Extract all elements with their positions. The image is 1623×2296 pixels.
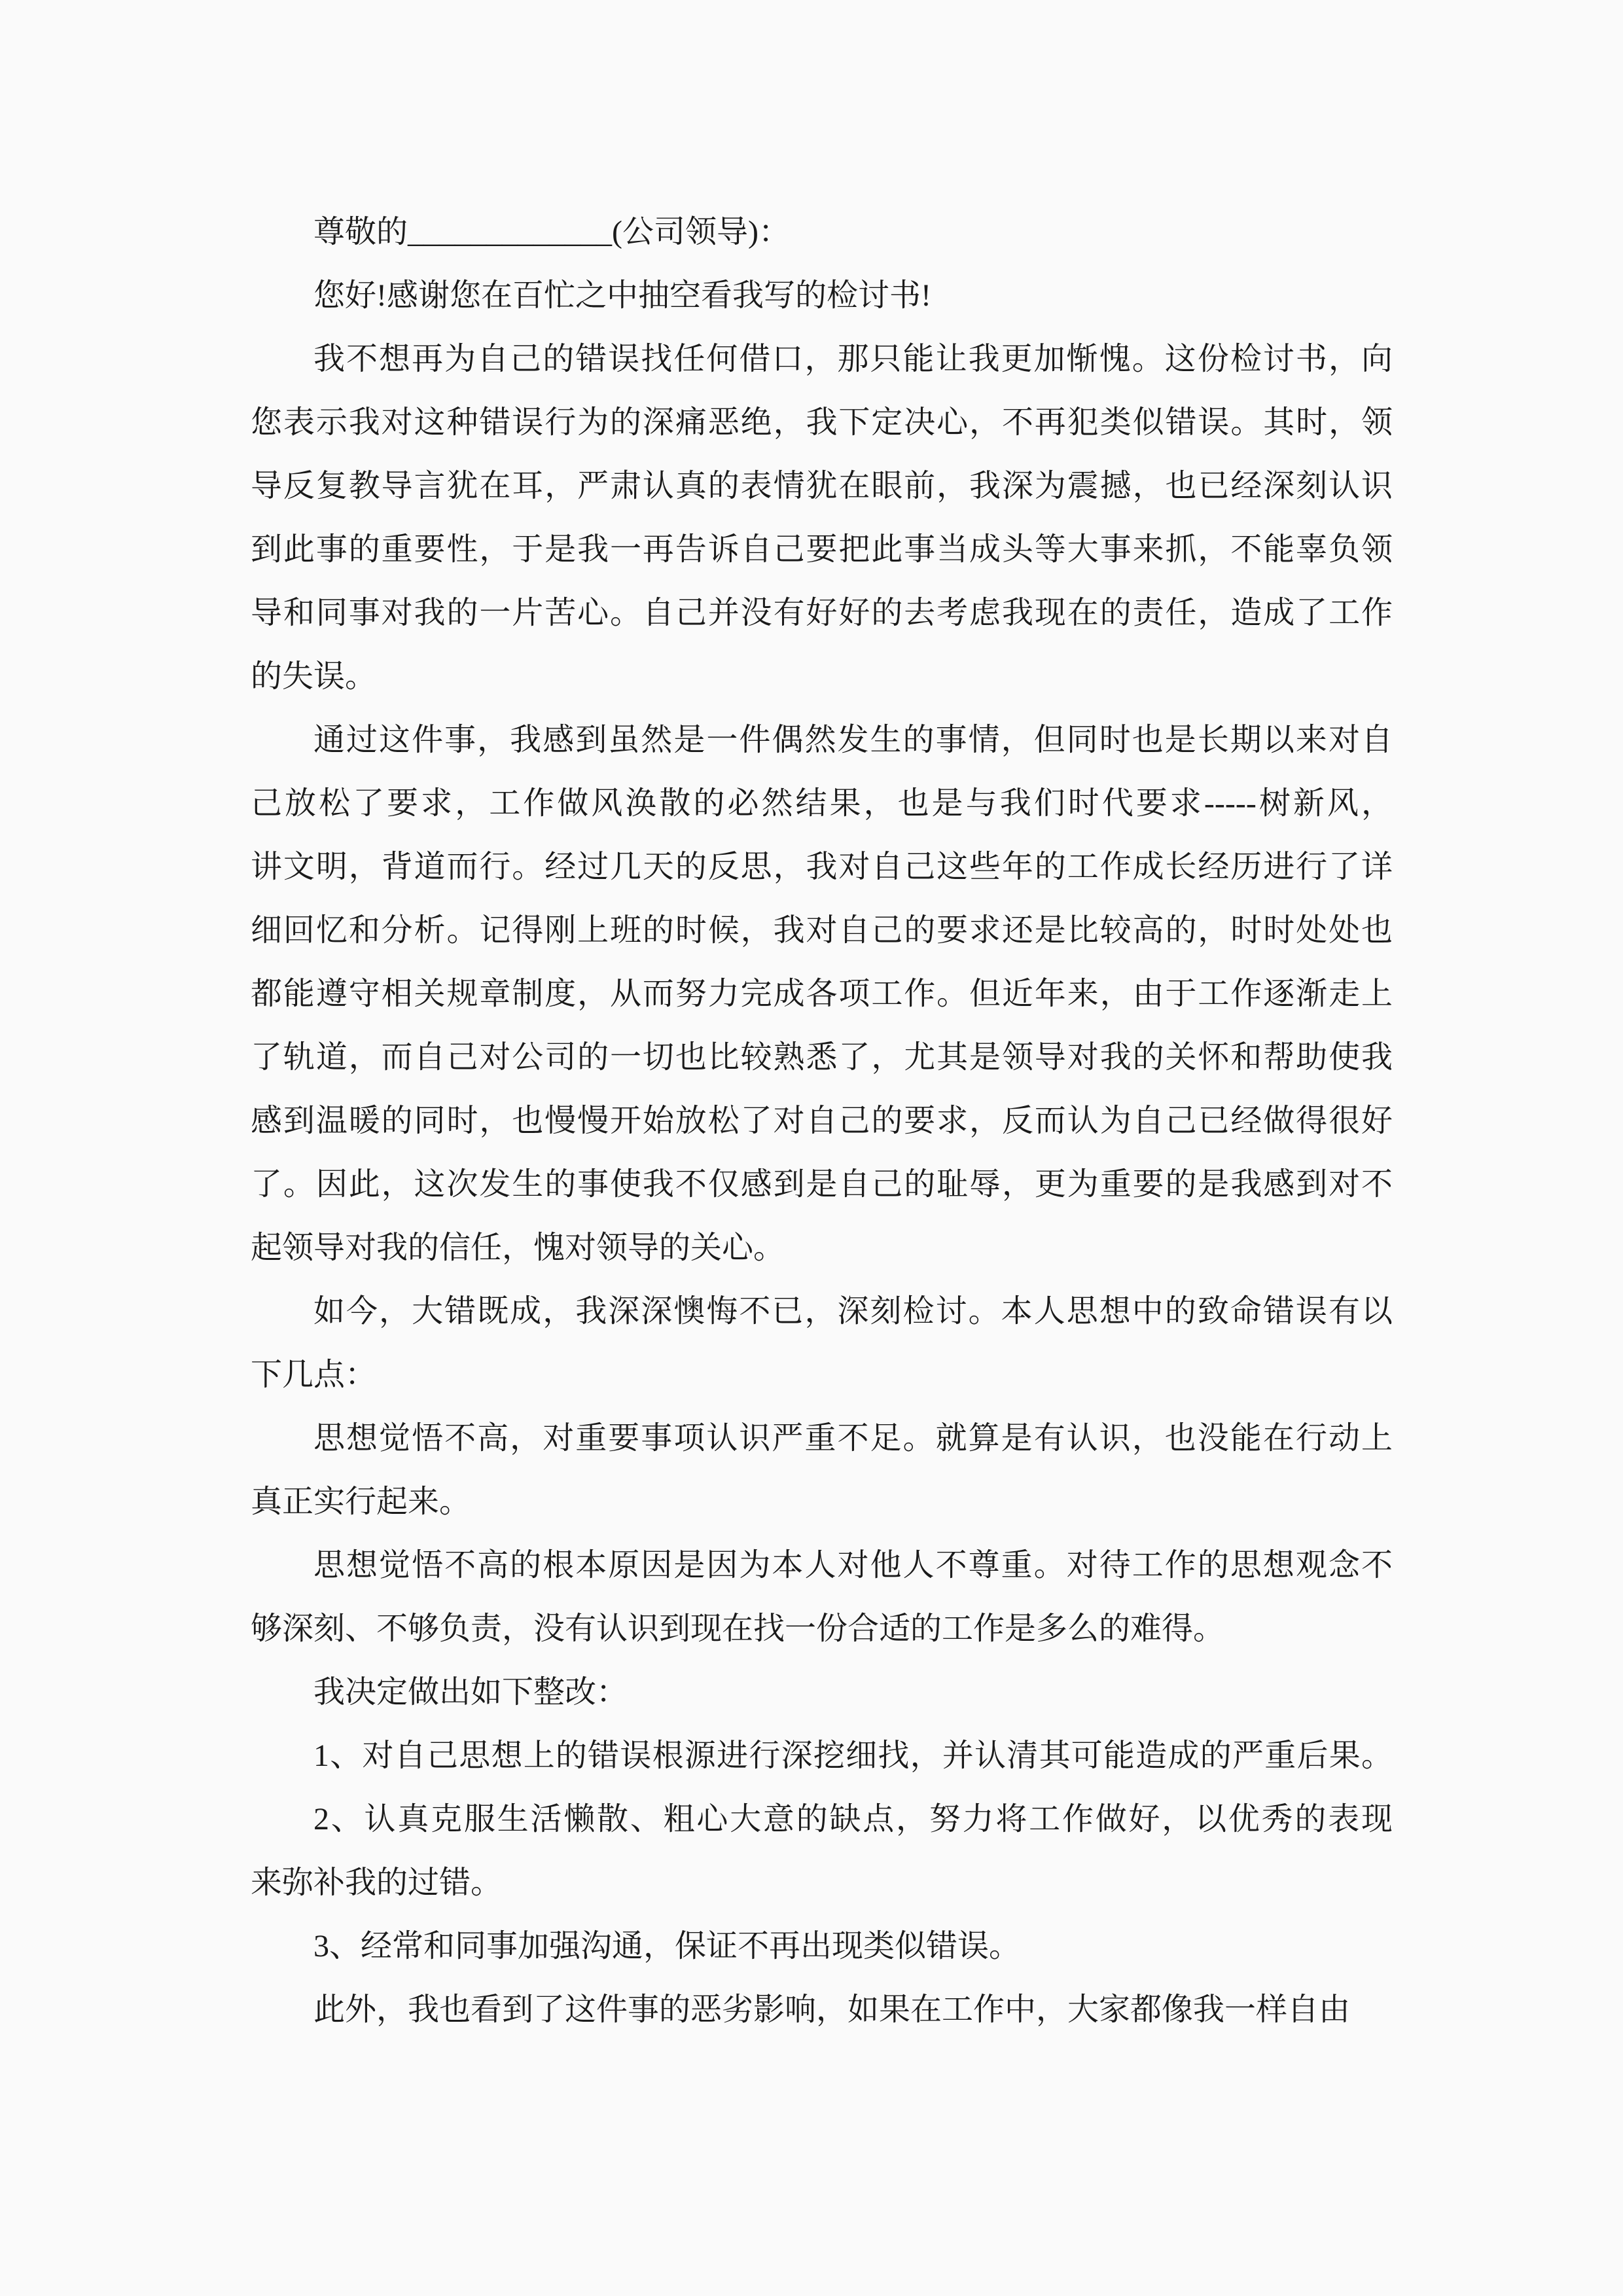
text-line: 您好!感谢您在百忙之中抽空看我写的检讨书! <box>251 264 1393 327</box>
text-line: 1、对自己思想上的错误根源进行深挖细找，并认清其可能造成的严重后果。 <box>251 1724 1393 1787</box>
text-line: 2、认真克服生活懒散、粗心大意的缺点，努力将工作做好，以优秀的表现 <box>251 1787 1393 1851</box>
text-line: 思想觉悟不高，对重要事项认识严重不足。就算是有认识，也没能在行动上 <box>251 1407 1393 1470</box>
text-line: 下几点： <box>251 1343 1393 1407</box>
text-line: 如今，大错既成，我深深懊悔不已，深刻检讨。本人思想中的致命错误有以 <box>251 1280 1393 1343</box>
text-line: 尊敬的_____________(公司领导)： <box>251 200 1393 264</box>
text-line: 感到温暖的同时，也慢慢开始放松了对自己的要求，反而认为自己已经做得很好 <box>251 1089 1393 1153</box>
text-line: 此外，我也看到了这件事的恶劣影响，如果在工作中，大家都像我一样自由 <box>251 1978 1393 2041</box>
document-page: 尊敬的_____________(公司领导)：您好!感谢您在百忙之中抽空看我写的… <box>0 0 1623 2296</box>
text-line: 的失误。 <box>251 645 1393 708</box>
text-line: 我决定做出如下整改： <box>251 1660 1393 1724</box>
text-line: 到此事的重要性，于是我一再告诉自己要把此事当成头等大事来抓，不能辜负领 <box>251 518 1393 581</box>
text-line: 3、经常和同事加强沟通，保证不再出现类似错误。 <box>251 1914 1393 1978</box>
text-line: 细回忆和分析。记得刚上班的时候，我对自己的要求还是比较高的，时时处处也 <box>251 899 1393 962</box>
text-block: 尊敬的_____________(公司领导)：您好!感谢您在百忙之中抽空看我写的… <box>251 200 1393 2041</box>
text-line: 起领导对我的信任，愧对领导的关心。 <box>251 1216 1393 1280</box>
text-line: 己放松了要求，工作做风涣散的必然结果，也是与我们时代要求-----树新风， <box>251 772 1393 835</box>
text-line: 讲文明，背道而行。经过几天的反思，我对自己这些年的工作成长经历进行了详 <box>251 835 1393 899</box>
text-line: 通过这件事，我感到虽然是一件偶然发生的事情，但同时也是长期以来对自 <box>251 708 1393 772</box>
text-line: 了轨道，而自己对公司的一切也比较熟悉了，尤其是领导对我的关怀和帮助使我 <box>251 1026 1393 1089</box>
text-line: 我不想再为自己的错误找任何借口，那只能让我更加惭愧。这份检讨书，向 <box>251 327 1393 391</box>
text-line: 导和同事对我的一片苦心。自己并没有好好的去考虑我现在的责任，造成了工作 <box>251 581 1393 645</box>
text-line: 都能遵守相关规章制度，从而努力完成各项工作。但近年来，由于工作逐渐走上 <box>251 962 1393 1026</box>
text-line: 您表示我对这种错误行为的深痛恶绝，我下定决心，不再犯类似错误。其时，领 <box>251 391 1393 454</box>
text-line: 真正实行起来。 <box>251 1470 1393 1534</box>
text-line: 来弥补我的过错。 <box>251 1851 1393 1914</box>
text-line: 导反复教导言犹在耳，严肃认真的表情犹在眼前，我深为震撼，也已经深刻认识 <box>251 454 1393 518</box>
text-line: 了。因此，这次发生的事使我不仅感到是自己的耻辱，更为重要的是我感到对不 <box>251 1153 1393 1216</box>
text-line: 够深刻、不够负责，没有认识到现在找一份合适的工作是多么的难得。 <box>251 1597 1393 1660</box>
text-line: 思想觉悟不高的根本原因是因为本人对他人不尊重。对待工作的思想观念不 <box>251 1534 1393 1597</box>
